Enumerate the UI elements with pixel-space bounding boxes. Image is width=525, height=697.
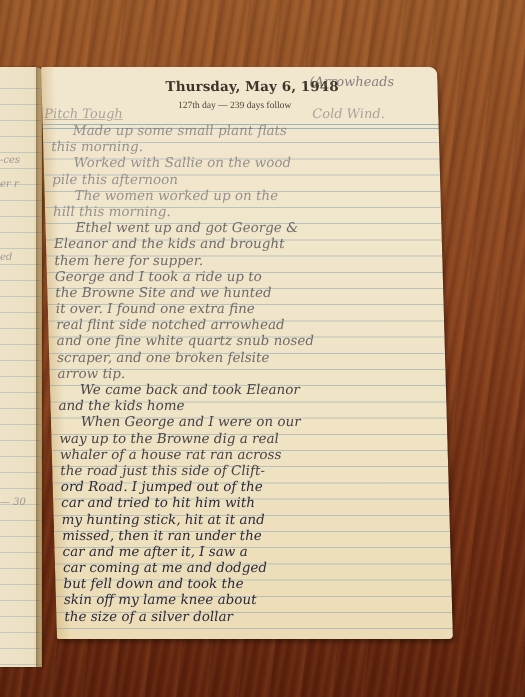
handwritten-line: real flint side notched arrowhead	[56, 317, 441, 333]
handwritten-line: pile this afternoon	[52, 172, 437, 188]
topic-annotation: (Arrowheads	[309, 75, 394, 90]
left-page-fragment: er r	[0, 179, 19, 190]
handwritten-line: it over. I found one extra fine	[56, 301, 441, 317]
handwritten-line: skin off my lame knee about	[64, 592, 449, 608]
handwritten-line: my hunting stick, hit at it and	[61, 512, 446, 528]
handwritten-line: When George and I were on our	[59, 414, 444, 430]
handwritten-line: arrow tip.	[57, 366, 442, 382]
left-page-fragment: ed	[0, 252, 12, 263]
handwritten-line: the Browne Site and we hunted	[55, 285, 440, 301]
day-count-subheading: 127th day — 239 days follow	[178, 101, 291, 111]
handwritten-line: The women worked up on the	[52, 188, 437, 204]
handwritten-line: George and I took a ride up to	[55, 269, 440, 285]
left-page-fragment: — 30	[0, 497, 26, 508]
handwritten-line: this morning.	[51, 139, 436, 155]
handwritten-line: Made up some small plant flats	[51, 123, 436, 139]
handwritten-line: missed, then it ran under the	[62, 528, 447, 544]
handwritten-line: them here for supper.	[54, 253, 439, 269]
handwritten-line: whaler of a house rat ran across	[60, 447, 445, 463]
place-annotation: Pitch Tough	[44, 107, 123, 122]
left-page-fragment: -ces	[0, 155, 20, 166]
weather-annotation: Cold Wind.	[312, 107, 385, 122]
handwritten-line: We came back and took Eleanor	[58, 382, 443, 398]
right-diary-page: Thursday, May 6, 1948 (Arrowheads 127th …	[41, 67, 453, 639]
handwritten-line: Ethel went up and got George &	[53, 220, 438, 236]
handwritten-line: way up to the Browne dig a real	[59, 431, 444, 447]
handwritten-line: but fell down and took the	[63, 576, 448, 592]
handwritten-line: the size of a silver dollar	[64, 609, 449, 625]
handwritten-line: Worked with Sallie on the wood	[51, 155, 436, 171]
handwritten-line: Eleanor and the kids and brought	[54, 236, 439, 252]
handwritten-line: and one fine white quartz snub nosed	[56, 333, 441, 349]
handwritten-entry: Made up some small plant flatsthis morni…	[51, 123, 450, 625]
handwritten-line: ord Road. I jumped out of the	[61, 479, 446, 495]
handwritten-line: and the kids home	[58, 398, 443, 414]
handwritten-line: scraper, and one broken felsite	[57, 350, 442, 366]
handwritten-line: the road just this side of Clift-	[60, 463, 445, 479]
handwritten-line: hill this morning.	[53, 204, 438, 220]
handwritten-line: car and tried to hit him with	[61, 495, 446, 511]
left-diary-page: -ces er r ed — 30	[0, 67, 42, 667]
handwritten-line: car coming at me and dodged	[63, 560, 448, 576]
handwritten-line: car and me after it, I saw a	[62, 544, 447, 560]
